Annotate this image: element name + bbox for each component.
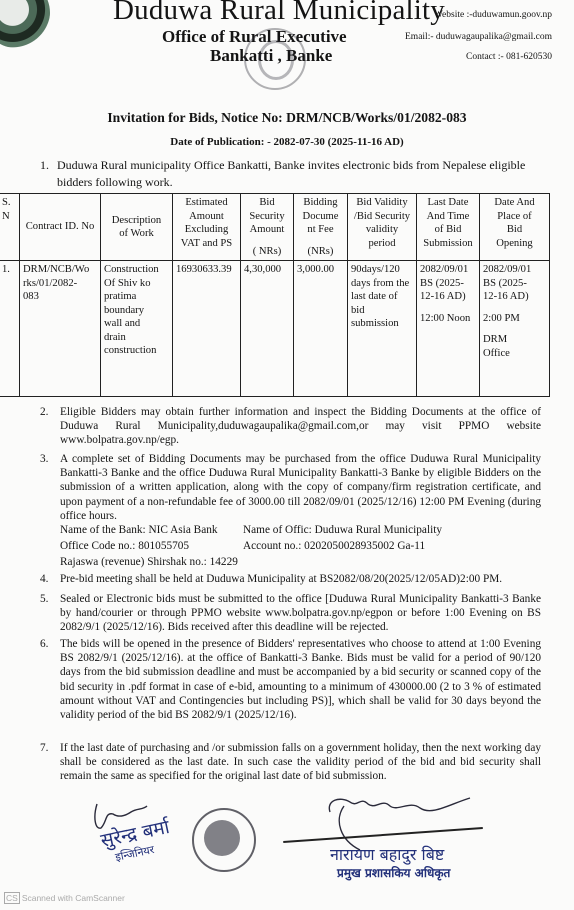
nepal-emblem-icon (0, 0, 50, 48)
item-text: Pre-bid meeting shall be held at Duduwa … (60, 572, 541, 586)
item-3-body: A complete set of Bidding Documents may … (60, 452, 541, 570)
intro-number: 1. (40, 157, 49, 174)
cell-document-fee: 3,000.00 (294, 261, 348, 397)
camscanner-text: Scanned with CamScanner (22, 893, 125, 903)
item-number: 7. (40, 741, 48, 755)
cell-validity: 90days/120days from thelast date ofbidsu… (348, 261, 417, 397)
item-number: 3. (40, 452, 48, 466)
cell-description: ConstructionOf Shiv kopratimaboundarywal… (101, 261, 173, 397)
account-number: Account no.: 0202050028935002 Ga-11 (243, 539, 425, 553)
municipality-stamp-icon (244, 28, 306, 90)
table-row: 1.DRM/NCB/Works/01/2082-083ConstructionO… (0, 261, 550, 397)
bank-name: Name of the Bank: NIC Asia Bank (60, 523, 243, 537)
intro-paragraph: 1. Duduwa Rural municipality Office Bank… (40, 157, 550, 191)
column-header-estimated-amount: EstimatedAmountExcludingVAT and PS (173, 194, 241, 261)
item-number: 5. (40, 592, 48, 606)
cell-last-date: 2082/09/01BS (2025-12-16 AD)12:00 Noon (417, 261, 480, 397)
item-text: If the last date of purchasing and /or s… (60, 741, 541, 784)
municipality-stamp-icon (192, 808, 256, 872)
item-text: The bids will be opened in the presence … (60, 637, 541, 722)
column-header-contract-id: Contract ID. No (20, 194, 101, 261)
item-text: Sealed or Electronic bids must be submit… (60, 592, 541, 635)
item-number: 2. (40, 405, 48, 419)
office-code: Office Code no.: 801055705 (60, 539, 243, 553)
cell-estimated-amount: 16930633.39 (173, 261, 241, 397)
contact-phone: Contact :- 081-620530 (466, 52, 552, 62)
municipality-title: Duduwa Rural Municipality (113, 0, 445, 27)
revenue-code: Rajaswa (revenue) Shirshak no.: 14229 (60, 555, 541, 569)
intro-text: Duduwa Rural municipality Office Bankatt… (40, 157, 550, 191)
item-number: 6. (40, 637, 48, 651)
column-header-bid-security: BidSecurityAmount( NRs) (241, 194, 294, 261)
camscanner-logo-icon: CS (4, 892, 20, 904)
cell-bid-security: 4,30,000 (241, 261, 294, 397)
camscanner-watermark: CSScanned with CamScanner (4, 893, 125, 903)
column-header-opening: Date AndPlace ofBidOpening (480, 194, 550, 261)
cell-contract-id: DRM/NCB/Works/01/2082-083 (20, 261, 101, 397)
column-header-sn: S.N (0, 194, 20, 261)
item-number: 4. (40, 572, 48, 586)
column-header-description: Descriptionof Work (101, 194, 173, 261)
item-text: Eligible Bidders may obtain further info… (60, 405, 541, 448)
notice-title: Invitation for Bids, Notice No: DRM/NCB/… (0, 110, 574, 126)
office-name-bank: Name of Offic: Duduwa Rural Municipality (243, 523, 442, 537)
column-header-last-date: Last DateAnd Timeof BidSubmission (417, 194, 480, 261)
right-signatory-title: प्रमुख प्रशासकिय अधिकृत (337, 864, 450, 881)
column-header-document-fee: BiddingDocument Fee(NRs) (294, 194, 348, 261)
email: Email:- duduwagaupalika@gmail.com (405, 32, 552, 42)
table-header-row: S.NContract ID. NoDescriptionof WorkEsti… (0, 194, 550, 261)
bids-table: S.NContract ID. NoDescriptionof WorkEsti… (0, 193, 550, 397)
website: Website :-duduwamun.goov.np (434, 10, 552, 20)
cell-sn: 1. (0, 261, 20, 397)
column-header-validity: Bid Validity/Bid Securityvalidityperiod (348, 194, 417, 261)
cell-opening: 2082/09/01BS (2025-12-16 AD)2:00 PMDRMOf… (480, 261, 550, 397)
publication-date: Date of Publication: - 2082-07-30 (2025-… (0, 136, 574, 148)
item-text: A complete set of Bidding Documents may … (60, 452, 541, 523)
right-signatory-name: नारायण बहादुर बिष्ट (330, 843, 444, 865)
